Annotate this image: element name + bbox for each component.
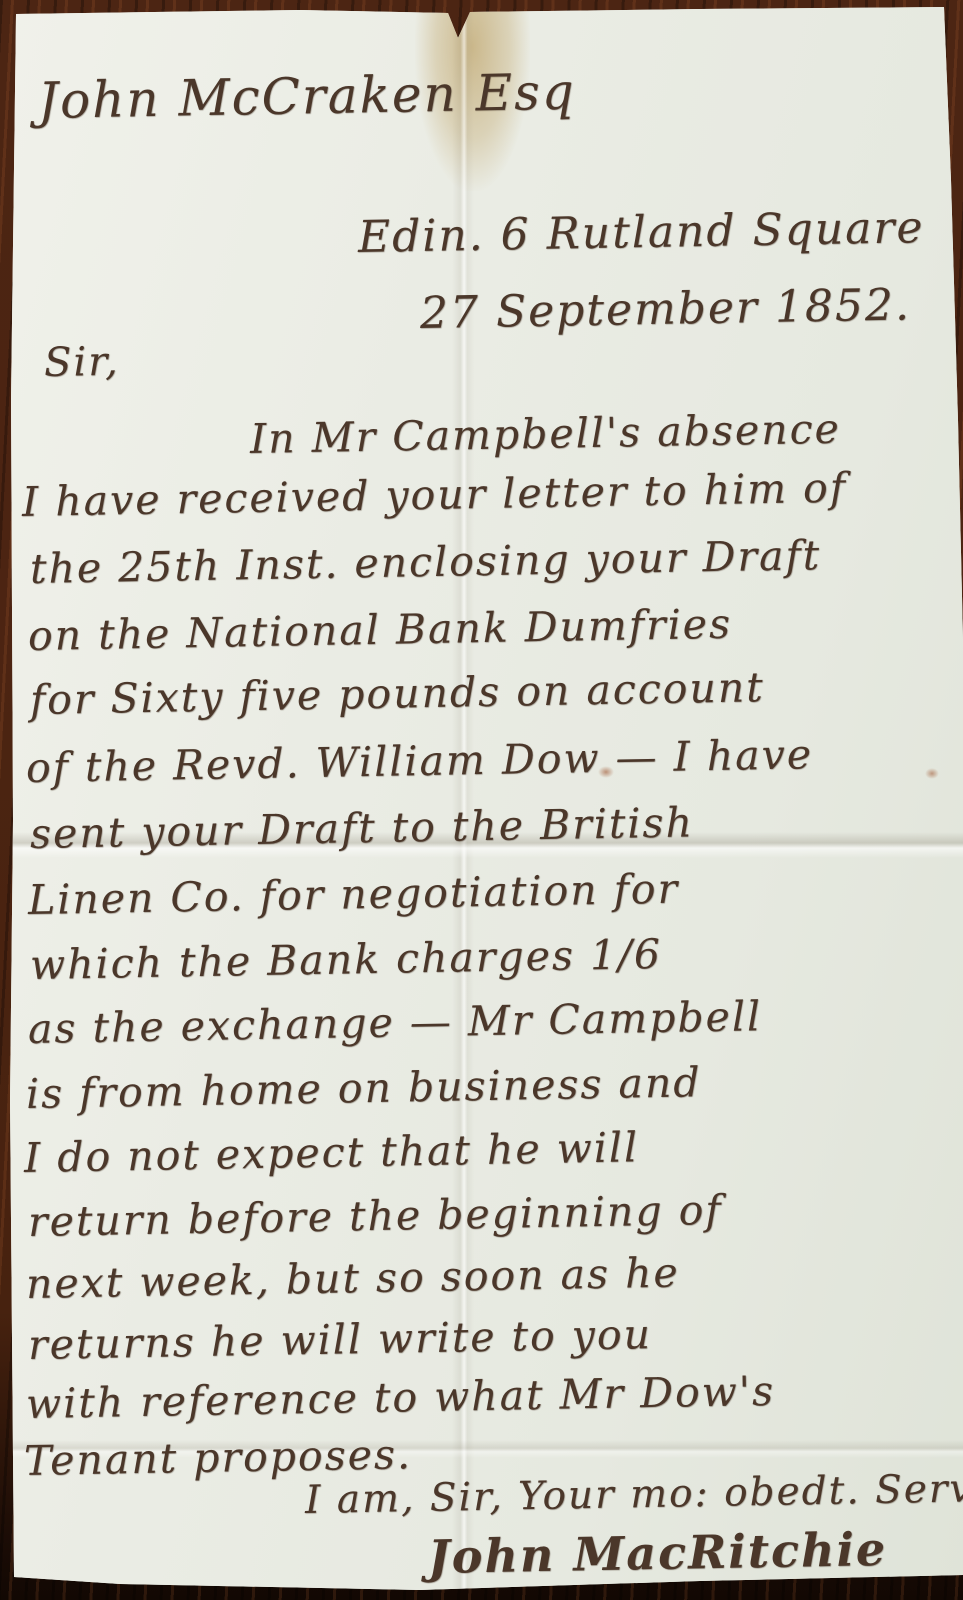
letter-body-line: with reference to what Mr Dow's: [26, 1367, 776, 1428]
signature: John MacRitchie: [428, 1522, 888, 1584]
letter-body-line: I have received your letter to him of: [22, 464, 848, 526]
address-line: Edin. 6 Rutland Square: [358, 202, 925, 263]
letter-body-line: of the Revd. William Dow — I have: [26, 730, 814, 792]
letter-paper: John McCraken Esq Edin. 6 Rutland Square…: [0, 0, 963, 1600]
letter-body-line: Linen Co. for negotiation for: [28, 865, 680, 924]
letter-body-line: In Mr Campbell's absence: [250, 405, 842, 463]
letter-body-line: which the Bank charges 1/6: [30, 930, 663, 989]
letter-body-line: the 25th Inst. enclosing your Draft: [30, 531, 822, 593]
letter-body-line: as the exchange — Mr Campbell: [28, 992, 763, 1053]
letter-body-line: for Sixty five pounds on account: [30, 663, 765, 724]
ink-blot: [925, 768, 939, 779]
letter-body-line: is from home on business and: [26, 1058, 702, 1118]
letter-body-line: on the National Bank Dumfries: [28, 600, 733, 660]
letter-body-line: return before the beginning of: [28, 1186, 723, 1246]
letter-body-line: next week, but so soon as he: [26, 1249, 681, 1308]
recipient-line: John McCraken Esq: [37, 63, 576, 130]
salutation-line: Sir,: [44, 339, 120, 386]
date-line: 27 September 1852.: [420, 279, 912, 339]
letter-body-line: returns he will write to you: [28, 1310, 653, 1369]
letter-body-line: I do not expect that he will: [24, 1123, 640, 1182]
